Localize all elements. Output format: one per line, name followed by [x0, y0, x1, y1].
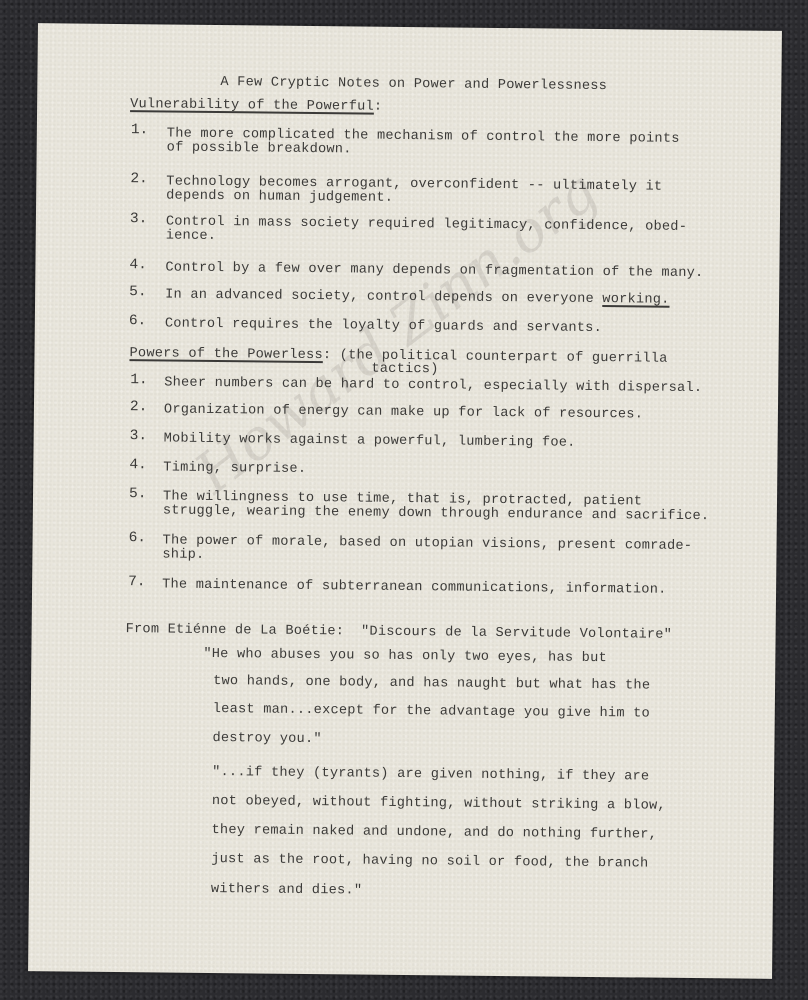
item-text-line: depends on human judgement.	[166, 188, 393, 205]
item-number: 3.	[130, 429, 148, 444]
quote-line: "He who abuses you so has only two eyes,…	[203, 647, 607, 666]
section-heading-vulnerability: Vulnerability of the Powerful:	[130, 97, 382, 115]
item-text: In an advanced society, control depends …	[165, 287, 602, 307]
item-number: 5.	[129, 285, 147, 300]
vulnerability-list: 1. The more complicated the mechanism of…	[38, 23, 782, 31]
citation-intro: From Etiénne de La Boétie: "Discours de …	[126, 622, 673, 643]
item-text-line: Control by a few over many depends on fr…	[165, 260, 703, 281]
item-text-line: Organization of energy can make up for l…	[164, 402, 643, 422]
list-item: 2. Organization of energy can make up fo…	[38, 23, 782, 31]
quote-line: "...if they (tyrants) are given nothing,…	[212, 765, 649, 785]
list-item: 5. In an advanced society, control depen…	[38, 23, 782, 31]
item-text-line: Sheer numbers can be hard to control, es…	[164, 375, 702, 396]
list-item: 6. The power of morale, based on utopian…	[38, 23, 782, 31]
section-heading-text: Vulnerability of the Powerful	[130, 97, 374, 115]
section-heading-text: Powers of the Powerless	[129, 346, 323, 363]
item-text-line: Control in mass society required legitim…	[166, 214, 687, 234]
list-item: 5. The willingness to use time, that is,…	[38, 23, 782, 31]
quote-line: they remain naked and undone, and do not…	[211, 823, 657, 843]
item-number: 2.	[130, 400, 148, 415]
item-text-line: Mobility works against a powerful, lumbe…	[164, 431, 576, 450]
item-text-line: of possible breakdown.	[167, 140, 352, 157]
quote-2: "...if they (tyrants) are given nothing,…	[38, 23, 782, 31]
list-item: 4. Control by a few over many depends on…	[38, 23, 782, 31]
item-text-line: Control requires the loyalty of guards a…	[165, 316, 602, 336]
item-text-line: In an advanced society, control depends …	[165, 287, 670, 307]
quote-line: least man...except for the advantage you…	[213, 702, 650, 722]
item-text-underlined: working.	[602, 292, 669, 308]
item-text-line: The power of morale, based on utopian vi…	[162, 533, 692, 554]
item-number: 1.	[130, 373, 148, 388]
item-number: 1.	[131, 123, 149, 138]
page-title: A Few Cryptic Notes on Power and Powerle…	[220, 75, 607, 94]
item-text-line: ship.	[162, 547, 204, 562]
item-number: 4.	[129, 258, 147, 273]
item-text-line: ience.	[166, 228, 217, 244]
quote-line: withers and dies."	[211, 882, 362, 899]
list-item: 2. Technology becomes arrogant, overconf…	[38, 23, 782, 31]
list-item: 6. Control requires the loyalty of guard…	[38, 23, 782, 31]
item-number: 3.	[130, 212, 148, 227]
list-item: 3. Control in mass society required legi…	[38, 23, 782, 31]
item-number: 6.	[129, 314, 147, 329]
list-item: 1. The more complicated the mechanism of…	[38, 23, 782, 31]
section-heading-colon: :	[374, 100, 383, 115]
section-heading-subtitle-line2: tactics)	[371, 362, 438, 378]
quote-line: just as the root, having no soil or food…	[211, 852, 648, 872]
item-number: 4.	[129, 458, 147, 473]
item-number: 5.	[129, 487, 147, 502]
quote-line: not obeyed, without fighting, without st…	[212, 794, 666, 814]
list-item: 4. Timing, surprise.	[38, 23, 782, 31]
list-item: 3. Mobility works against a powerful, lu…	[38, 23, 782, 31]
quote-line: destroy you."	[212, 731, 321, 747]
item-text-line: The maintenance of subterranean communic…	[162, 577, 667, 597]
item-text-line: Timing, surprise.	[163, 460, 306, 476]
typewritten-page: Howard Zinn.org A Few Cryptic Notes on P…	[28, 23, 782, 979]
quote-1: "He who abuses you so has only two eyes,…	[38, 23, 782, 31]
list-item: 1. Sheer numbers can be hard to control,…	[38, 23, 782, 31]
quote-line: two hands, one body, and has naught but …	[213, 674, 650, 694]
item-number: 7.	[128, 575, 146, 590]
list-item: 7. The maintenance of subterranean commu…	[38, 23, 782, 31]
item-number: 6.	[129, 531, 147, 546]
powers-list: 1. Sheer numbers can be hard to control,…	[38, 23, 782, 31]
item-number: 2.	[130, 172, 148, 187]
